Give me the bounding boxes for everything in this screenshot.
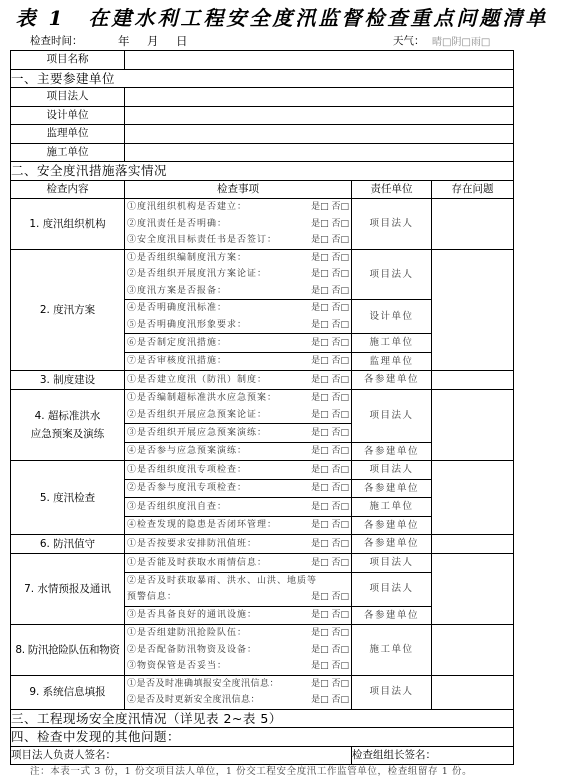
yes-no-checkbox[interactable]: 是□ 否□ [311, 499, 349, 516]
yes-no-checkbox[interactable]: 是□ 否□ [311, 335, 349, 352]
yes-no-checkbox[interactable]: 是□ 否□ [311, 283, 349, 300]
yes-no-checkbox[interactable]: 是□ 否□ [311, 480, 349, 497]
inspection-table: 项目名称 一、主要参建单位 项目法人 设计单位 监理单位 施工单位 二、安全度汛… [10, 50, 514, 765]
yes-no-checkbox[interactable]: 是□ 否□ [311, 353, 349, 370]
yes-no-checkbox[interactable]: 是□ 否□ [311, 199, 349, 216]
weather-label: 天气： [393, 33, 425, 48]
category-4: 4. 超标准洪水 应急预案及演练 [11, 390, 125, 461]
yes-no-checkbox[interactable]: 是□ 否□ [311, 462, 349, 479]
weather-options[interactable]: 晴□阴□雨□ [432, 33, 490, 48]
category-1: 1. 度汛组织机构 [11, 199, 125, 250]
document-title: 表 1 在建水利工程安全度汛监督检查重点问题清单 [0, 2, 564, 31]
yes-no-checkbox[interactable]: 是□ 否□ [311, 216, 349, 233]
unit-field-supervision[interactable] [125, 125, 514, 144]
date-day: 日 [176, 33, 188, 49]
date-month: 月 [147, 33, 159, 49]
unit-field-construction[interactable] [125, 143, 514, 162]
yes-no-checkbox[interactable]: 是□ 否□ [311, 250, 349, 267]
check-time-label: 检查时间： [30, 33, 83, 48]
responsible-unit: 各参建单位 [352, 442, 432, 461]
check-items: ②是否及时获取暴雨、洪水、山洪、地质等 预警信息：是□ 否□ [125, 572, 352, 606]
check-items: ⑦是否审核度汛措施：是□ 否□ [125, 352, 352, 371]
responsible-unit: 施工单位 [352, 625, 432, 676]
section2-heading: 二、安全度汛措施落实情况 [11, 162, 514, 181]
check-items: ①度汛组织机构是否建立：是□ 否□ ②度汛责任是否明确：是□ 否□ ③安全度汛目… [125, 199, 352, 250]
col-header-issues: 存在问题 [432, 180, 514, 199]
yes-no-checkbox[interactable]: 是□ 否□ [311, 625, 349, 642]
yes-no-checkbox[interactable]: 是□ 否□ [311, 517, 349, 534]
responsible-unit: 项目法人 [352, 461, 432, 480]
yes-no-checkbox[interactable]: 是□ 否□ [311, 607, 349, 624]
project-name-field[interactable] [125, 51, 514, 70]
issues-field[interactable] [432, 554, 514, 625]
responsible-unit: 施工单位 [352, 498, 432, 517]
yes-no-checkbox[interactable]: 是□ 否□ [311, 555, 349, 572]
yes-no-checkbox[interactable]: 是□ 否□ [311, 676, 349, 693]
yes-no-checkbox[interactable]: 是□ 否□ [311, 692, 349, 709]
responsible-unit: 项目法人 [352, 390, 432, 443]
check-items: ①是否及时准确填报安全度汛信息：是□ 否□ ②是否及时更新安全度汛信息：是□ 否… [125, 675, 352, 709]
unit-field-owner[interactable] [125, 88, 514, 107]
check-items: ④是否明确度汛标准：是□ 否□ ⑤是否明确度汛形象要求：是□ 否□ [125, 300, 352, 334]
check-items: ①是否组织度汛专项检查：是□ 否□ [125, 461, 352, 480]
yes-no-checkbox[interactable]: 是□ 否□ [311, 425, 349, 442]
yes-no-checkbox[interactable]: 是□ 否□ [311, 407, 349, 424]
issues-field[interactable] [432, 675, 514, 709]
check-items: ①是否按要求安排防汛值班：是□ 否□ [125, 535, 352, 554]
category-7: 7. 水情预报及通讯 [11, 554, 125, 625]
issues-field[interactable] [432, 199, 514, 250]
yes-no-checkbox[interactable]: 是□ 否□ [311, 300, 349, 317]
leader-signature-field[interactable]: 检查组组长签名： [352, 746, 514, 765]
responsible-unit: 项目法人 [352, 572, 432, 606]
yes-no-checkbox[interactable]: 是□ 否□ [311, 443, 349, 460]
category-3: 3. 制度建设 [11, 371, 125, 390]
responsible-unit: 设计单位 [352, 300, 432, 334]
responsible-unit: 项目法人 [352, 554, 432, 573]
yes-no-checkbox[interactable]: 是□ 否□ [311, 232, 349, 249]
yes-no-checkbox[interactable]: 是□ 否□ [311, 266, 349, 283]
issues-field[interactable] [432, 390, 514, 461]
check-items: ④检查发现的隐患是否闭环管理：是□ 否□ [125, 516, 352, 535]
issues-field[interactable] [432, 461, 514, 535]
responsible-unit: 项目法人 [352, 675, 432, 709]
date-year: 年 [118, 33, 130, 49]
check-items: ③是否组织开展应急预案演练：是□ 否□ [125, 424, 352, 443]
responsible-unit: 监理单位 [352, 352, 432, 371]
check-items: ④是否参与应急预案演练：是□ 否□ [125, 442, 352, 461]
yes-no-checkbox[interactable]: 是□ 否□ [311, 642, 349, 659]
yes-no-checkbox[interactable]: 是□ 否□ [311, 372, 349, 389]
check-items: ①是否组建防汛抢险队伍：是□ 否□ ②是否配备防汛物资及设备：是□ 否□ ③物资… [125, 625, 352, 676]
section3-heading: 三、工程现场安全度汛情况（详见表 2~表 5） [11, 709, 514, 728]
issues-field[interactable] [432, 249, 514, 371]
project-name-label: 项目名称 [11, 51, 125, 70]
unit-label-construction: 施工单位 [11, 143, 125, 162]
check-items: ①是否组织编制度汛方案：是□ 否□ ②是否组织开展度汛方案论证：是□ 否□ ③度… [125, 249, 352, 300]
responsible-unit: 施工单位 [352, 334, 432, 353]
yes-no-checkbox[interactable]: 是□ 否□ [311, 589, 349, 606]
unit-label-design: 设计单位 [11, 106, 125, 125]
unit-label-supervision: 监理单位 [11, 125, 125, 144]
section4-heading[interactable]: 四、检查中发现的其他问题： [11, 728, 514, 747]
unit-label-owner: 项目法人 [11, 88, 125, 107]
col-header-content: 检查内容 [11, 180, 125, 199]
col-header-items: 检查事项 [125, 180, 352, 199]
responsible-unit: 各参建单位 [352, 371, 432, 390]
responsible-unit: 各参建单位 [352, 535, 432, 554]
responsible-unit: 项目法人 [352, 249, 432, 300]
check-items: ①是否编制超标准洪水应急预案：是□ 否□ ②是否组织开展应急预案论证：是□ 否□ [125, 390, 352, 424]
category-6: 6. 防汛值守 [11, 535, 125, 554]
check-items: ②是否参与度汛专项检查：是□ 否□ [125, 479, 352, 498]
issues-field[interactable] [432, 371, 514, 390]
check-items: ⑥是否制定度汛措施：是□ 否□ [125, 334, 352, 353]
issues-field[interactable] [432, 535, 514, 554]
issues-field[interactable] [432, 625, 514, 676]
category-9: 9. 系统信息填报 [11, 675, 125, 709]
col-header-unit: 责任单位 [352, 180, 432, 199]
unit-field-design[interactable] [125, 106, 514, 125]
check-items: ③是否具备良好的通讯设施：是□ 否□ [125, 606, 352, 625]
responsible-unit: 各参建单位 [352, 479, 432, 498]
footnote: 注：本表一式 3 份，1 份交项目法人单位，1 份交工程安全度汛工作监管单位，检… [30, 763, 472, 777]
responsible-unit: 项目法人 [352, 199, 432, 250]
section1-heading: 一、主要参建单位 [11, 69, 514, 88]
yes-no-checkbox[interactable]: 是□ 否□ [311, 390, 349, 407]
check-items: ①是否能及时获取水雨情信息：是□ 否□ [125, 554, 352, 573]
check-items: ③是否组织度汛自查：是□ 否□ [125, 498, 352, 517]
check-items: ①是否建立度汛（防汛）制度：是□ 否□ [125, 371, 352, 390]
yes-no-checkbox[interactable]: 是□ 否□ [311, 658, 349, 675]
yes-no-checkbox[interactable]: 是□ 否□ [311, 317, 349, 334]
responsible-unit: 各参建单位 [352, 516, 432, 535]
category-2: 2. 度汛方案 [11, 249, 125, 371]
category-8: 8. 防汛抢险队伍和物资 [11, 625, 125, 676]
responsible-unit: 各参建单位 [352, 606, 432, 625]
category-5: 5. 度汛检查 [11, 461, 125, 535]
owner-signature-field[interactable]: 项目法人负责人签名： [11, 746, 352, 765]
yes-no-checkbox[interactable]: 是□ 否□ [311, 536, 349, 553]
